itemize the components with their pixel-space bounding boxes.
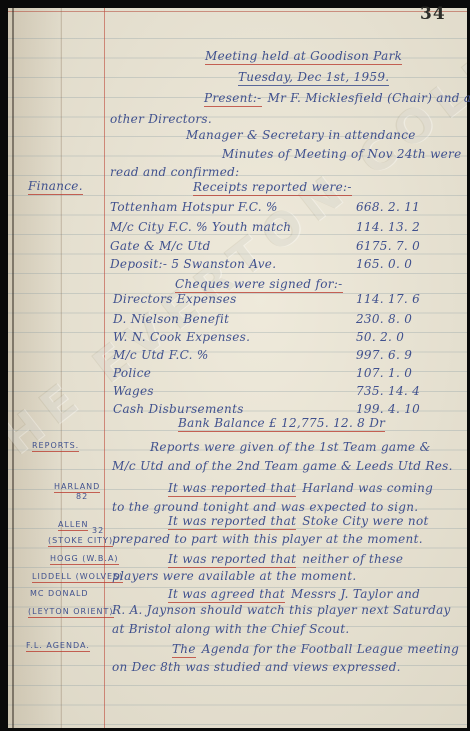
- allen-lead: It was reported that: [168, 514, 296, 530]
- margin-note-allen-text: ALLEN: [58, 520, 88, 531]
- harland-body-line-2: to the ground tonight and was expected t…: [112, 500, 418, 514]
- margin-note-reports-text: REPORTS.: [32, 441, 79, 452]
- cheque-amount: 735. 14. 4: [356, 384, 420, 398]
- margin-note-leyton-orient-text: (LEYTON ORIENT): [28, 607, 114, 618]
- cheque-amount: 114. 17. 6: [356, 292, 420, 306]
- margin-note-harland: HARLAND: [54, 482, 100, 491]
- hogg-body-line-2: players were available at the moment.: [112, 569, 356, 583]
- margin-note-fl-agenda: F.L. AGENDA.: [26, 641, 90, 650]
- margin-note-finance-text: Finance.: [28, 179, 83, 195]
- meeting-date-line: Tuesday, Dec 1st, 1959.: [238, 70, 389, 84]
- margin-note-allen: ALLEN: [58, 520, 88, 529]
- receipt-row: Gate & M/c Utd 6175. 7. 0: [0, 239, 470, 255]
- cheque-amount: 997. 6. 9: [356, 348, 412, 362]
- top-red-rule: [8, 11, 467, 12]
- hogg-lead: It was reported that: [168, 552, 296, 568]
- margin-note-stoke-city: (STOKE CITY): [48, 536, 113, 545]
- margin-note-mcdonald: MC DONALD: [30, 589, 89, 598]
- reports-body-line-1: Reports were given of the 1st Team game …: [150, 440, 431, 454]
- cheque-row: Wages 735. 14. 4: [0, 384, 470, 400]
- allen-body-line-1: It was reported thatStoke City were not: [168, 514, 429, 528]
- margin-note-allen-number: 32: [92, 526, 104, 535]
- harland-body-line-1: It was reported thatHarland was coming: [168, 481, 433, 495]
- margin-note-reports: REPORTS.: [32, 441, 79, 450]
- agenda-rest: Agenda for the Football League meeting: [202, 642, 459, 656]
- agenda-body-line-1: TheAgenda for the Football League meetin…: [172, 642, 459, 656]
- cheque-row: Directors Expenses 114. 17. 6: [0, 292, 470, 308]
- minutes-read-line-1: Minutes of Meeting of Nov 24th were: [222, 147, 461, 161]
- present-line: Present:-Mr F. Micklesfield (Chair) and …: [204, 91, 470, 105]
- page-number: 34: [420, 4, 446, 24]
- receipt-item: Gate & M/c Utd: [110, 239, 211, 253]
- bank-balance-line: Bank Balance £ 12,775. 12. 8 Dr: [178, 416, 385, 430]
- margin-note-leyton-orient: (LEYTON ORIENT): [28, 607, 114, 616]
- hogg-body-line-1: It was reported thatneither of these: [168, 552, 403, 566]
- present-names: Mr F. Micklesfield (Chair) and all: [268, 91, 470, 105]
- present-label: Present:-: [204, 91, 262, 107]
- cheque-row: W. N. Cook Expenses. 50. 2. 0: [0, 330, 470, 346]
- receipt-amount: 668. 2. 11: [356, 200, 420, 214]
- mcdonald-rest: Messrs J. Taylor and: [291, 587, 420, 601]
- hogg-rest: neither of these: [302, 552, 403, 566]
- scanned-minute-book-page: { "page_number": "34", "watermark": { "t…: [0, 0, 470, 731]
- harland-rest: Harland was coming: [302, 481, 433, 495]
- cheque-amount: 107. 1. 0: [356, 366, 412, 380]
- receipt-item: Tottenham Hotspur F.C. %: [110, 200, 278, 214]
- receipt-amount: 6175. 7. 0: [356, 239, 420, 253]
- agenda-body-line-2: on Dec 8th was studied and views express…: [112, 660, 401, 674]
- cheques-heading: Cheques were signed for:-: [175, 277, 343, 291]
- cheque-row: M/c Utd F.C. % 997. 6. 9: [0, 348, 470, 364]
- reports-body-line-2: M/c Utd and of the 2nd Team game & Leeds…: [112, 459, 453, 473]
- mcdonald-body-line-2: R. A. Jaynson should watch this player n…: [112, 603, 451, 617]
- receipt-amount: 114. 13. 2: [356, 220, 420, 234]
- receipt-amount: 165. 0. 0: [356, 257, 412, 271]
- cheque-item: M/c Utd F.C. %: [113, 348, 209, 362]
- cheque-item: Wages: [113, 384, 154, 398]
- margin-note-finance: Finance.: [28, 179, 83, 193]
- minutes-read-line-2: read and confirmed:: [110, 165, 239, 179]
- mcdonald-body-line-1: It was agreed thatMessrs J. Taylor and: [168, 587, 420, 601]
- cheque-item: W. N. Cook Expenses.: [113, 330, 250, 344]
- cheque-amount: 50. 2. 0: [356, 330, 404, 344]
- cheque-row: Police 107. 1. 0: [0, 366, 470, 382]
- present-continuation: other Directors.: [110, 112, 212, 126]
- cheque-item: Police: [113, 366, 151, 380]
- meeting-date-text: Tuesday, Dec 1st, 1959.: [238, 70, 389, 86]
- margin-note-liddell: LIDDELL (WOLVES): [32, 572, 123, 581]
- meeting-title-text: Meeting held at Goodison Park: [205, 49, 402, 65]
- allen-body-line-2: prepared to part with this player at the…: [112, 532, 423, 546]
- agenda-lead: The: [172, 642, 196, 658]
- allen-rest: Stoke City were not: [302, 514, 428, 528]
- attendance-line: Manager & Secretary in attendance: [186, 128, 416, 142]
- mcdonald-lead: It was agreed that: [168, 587, 285, 603]
- bank-balance-text: Bank Balance £ 12,775. 12. 8 Dr: [178, 416, 385, 432]
- margin-note-stoke-city-text: (STOKE CITY): [48, 536, 113, 547]
- cheque-item: D. Nielson Benefit: [113, 312, 229, 326]
- margin-note-hogg-text: HOGG (W.B.A): [50, 554, 119, 565]
- margin-note-liddell-text: LIDDELL (WOLVES): [32, 572, 123, 583]
- receipts-heading: Receipts reported were:-: [193, 180, 352, 194]
- cheque-amount: 230. 8. 0: [356, 312, 412, 326]
- cheque-amount: 199. 4. 10: [356, 402, 420, 416]
- meeting-title-line: Meeting held at Goodison Park: [205, 49, 402, 63]
- receipt-row: Deposit:- 5 Swanston Ave. 165. 0. 0: [0, 257, 470, 273]
- margin-note-hogg: HOGG (W.B.A): [50, 554, 119, 563]
- receipt-item: M/c City F.C. % Youth match: [110, 220, 291, 234]
- receipt-item: Deposit:- 5 Swanston Ave.: [110, 257, 276, 271]
- receipts-heading-text: Receipts reported were:-: [193, 180, 352, 196]
- cheque-row: D. Nielson Benefit 230. 8. 0: [0, 312, 470, 328]
- cheques-heading-text: Cheques were signed for:-: [175, 277, 343, 293]
- margin-note-fl-agenda-text: F.L. AGENDA.: [26, 641, 90, 652]
- receipt-row: M/c City F.C. % Youth match 114. 13. 2: [0, 220, 470, 236]
- receipt-row: Tottenham Hotspur F.C. % 668. 2. 11: [0, 200, 470, 216]
- harland-lead: It was reported that: [168, 481, 296, 497]
- cheque-item: Directors Expenses: [113, 292, 237, 306]
- mcdonald-body-line-3: at Bristol along with the Chief Scout.: [112, 622, 349, 636]
- cheque-item: Cash Disbursements: [113, 402, 244, 416]
- margin-note-harland-number: 82: [76, 492, 88, 501]
